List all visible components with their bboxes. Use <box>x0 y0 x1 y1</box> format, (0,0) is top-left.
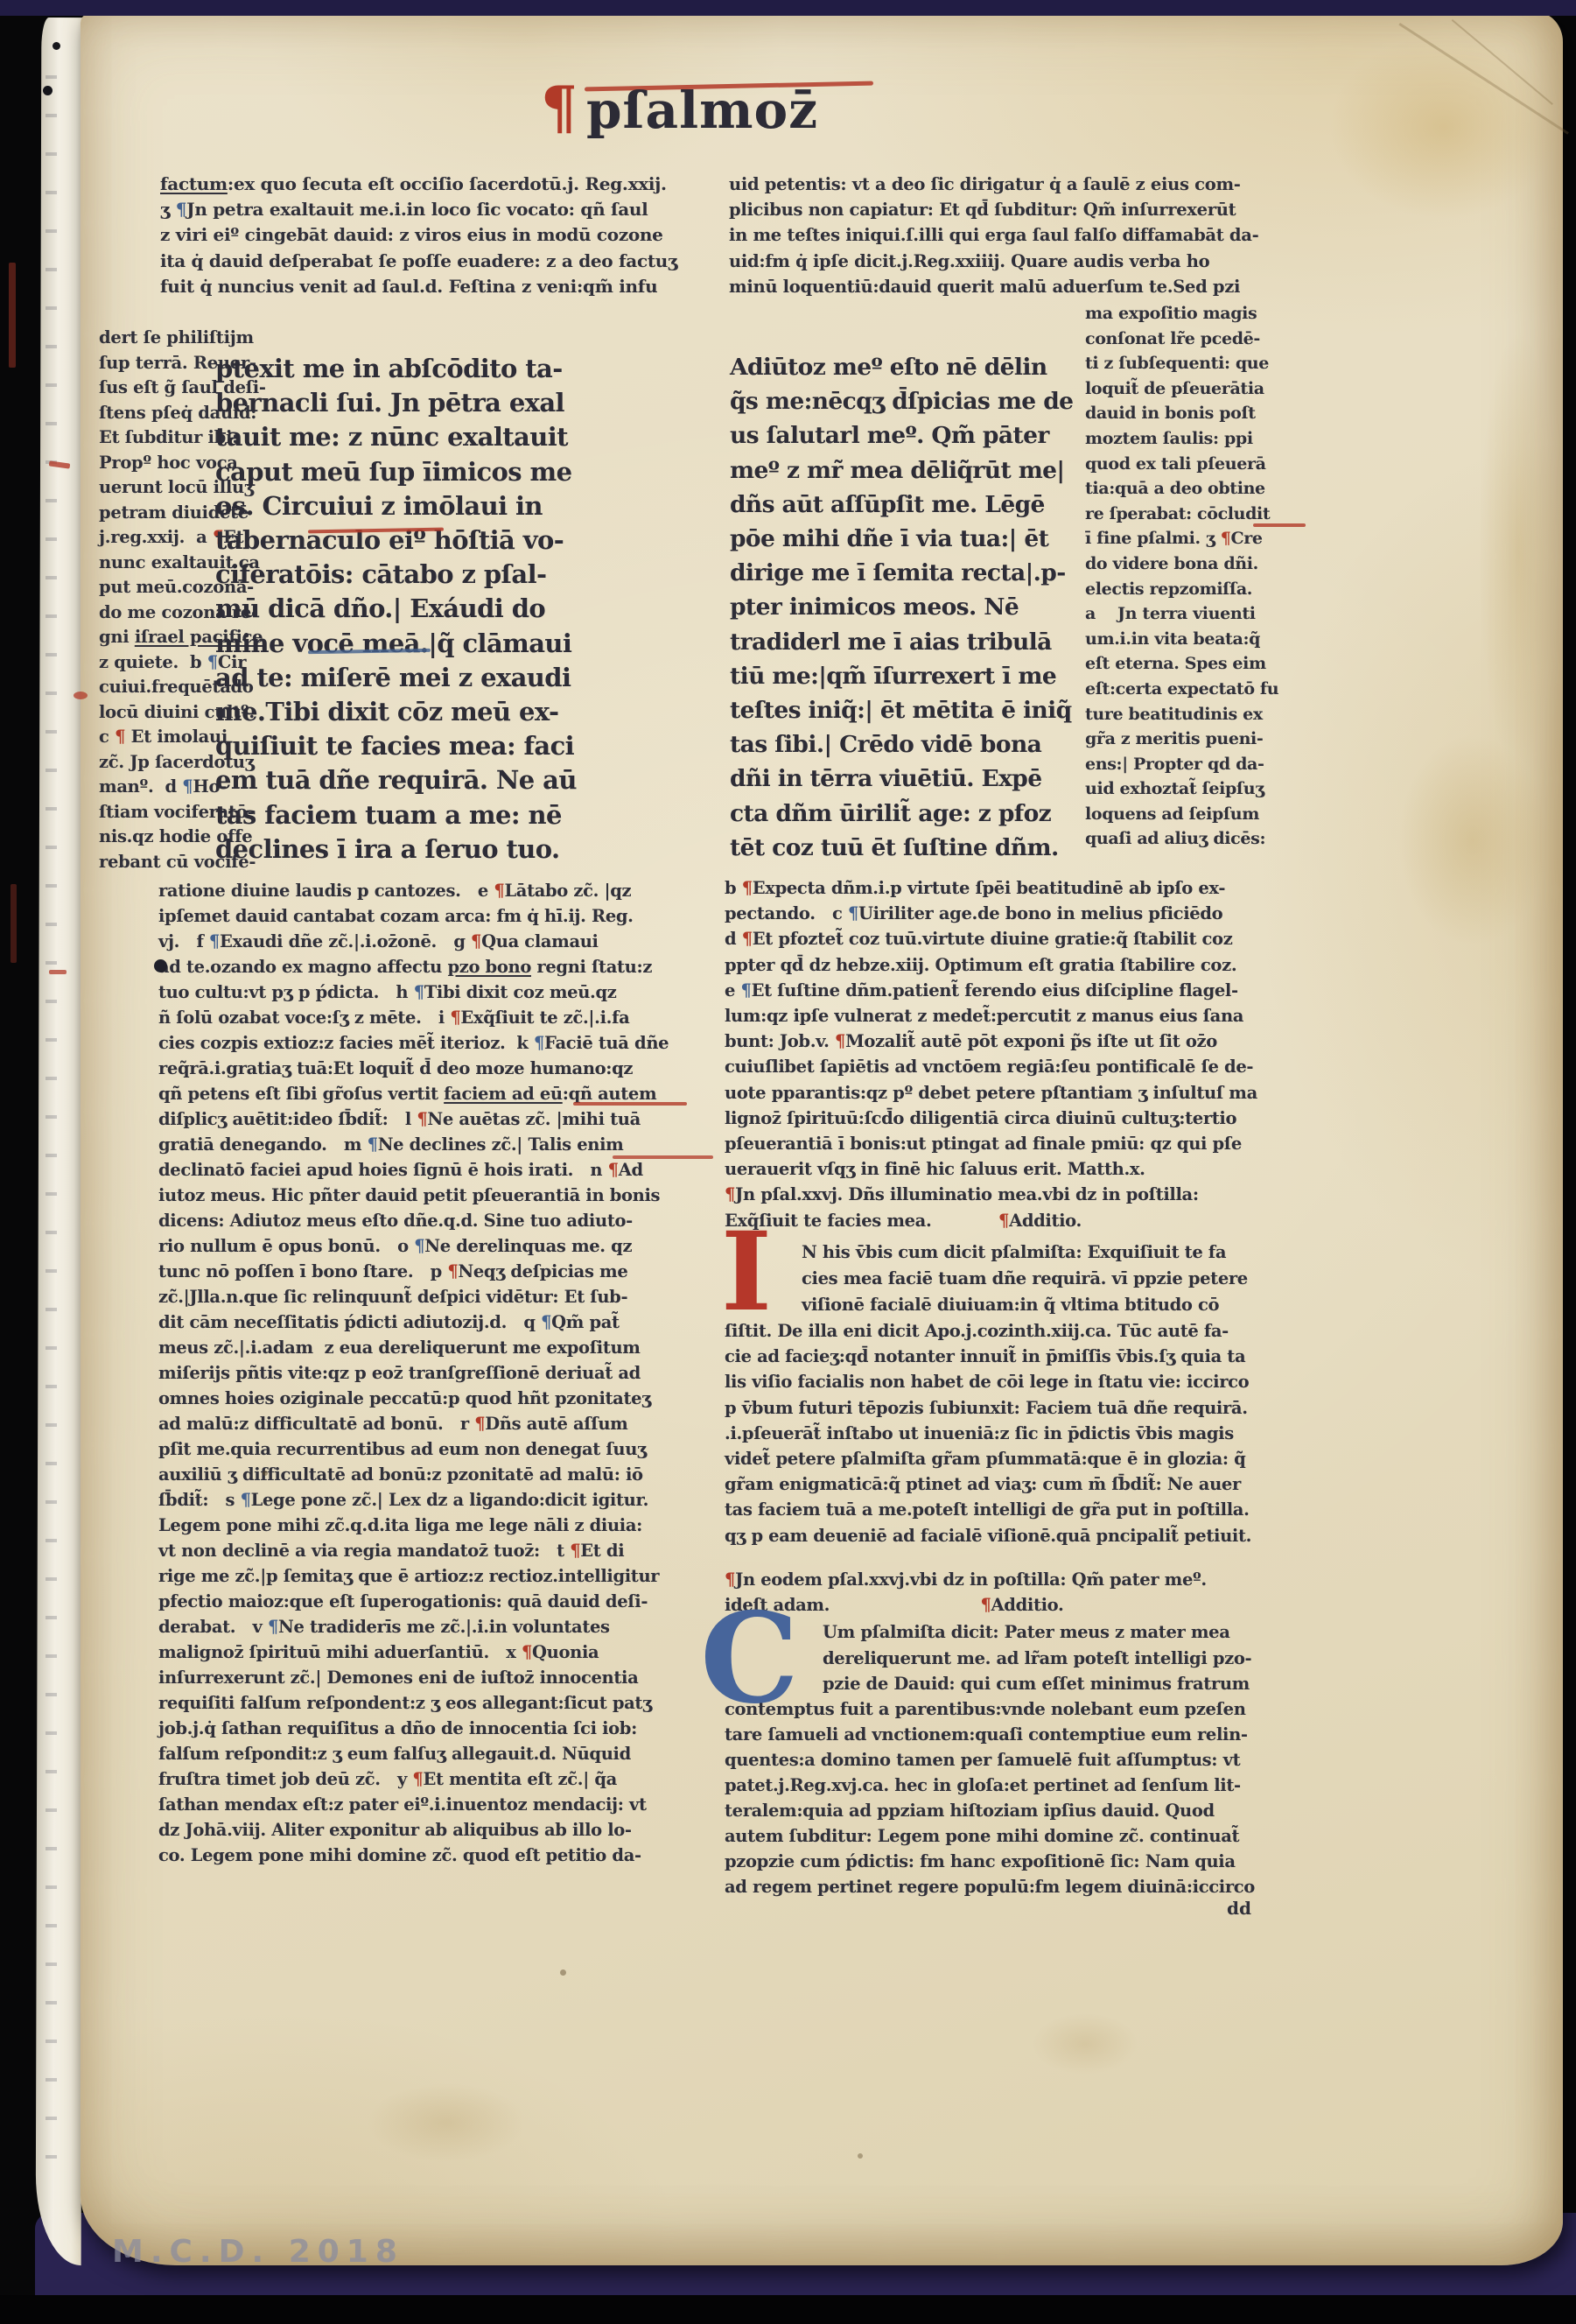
paraph-mark-blue: ¶ <box>241 1490 251 1510</box>
right-column-gloss-top: uid petentis: vt a deo ſic dirigatur q̇ … <box>729 172 1313 299</box>
text-line: lignoz̄ ſpirituū:ſcd̄o diligentiā circa … <box>725 1106 1309 1131</box>
postilla-reference-lines: ¶Jn eodem pſal.xxvj.vbi dz in poſtilla: … <box>725 1567 1309 1618</box>
text-line: zc̃.|Jlla.n.que ſic relinquunt̃ deſpici … <box>158 1284 725 1309</box>
text-line: d ¶Et pfoztet̃ coz tuū.virtute diuine gr… <box>725 926 1309 951</box>
ink-blot <box>154 959 167 972</box>
additio-2-text: contemptus fuit a parentibus:vnde noleba… <box>725 1696 1309 1899</box>
text-line: vt non declinē a via regia mandatoz̄ tuo… <box>158 1538 725 1563</box>
text-line: eſt eterna. Spes eim <box>1085 651 1309 677</box>
text-line: ad malū:z difficultatē ad bonū. r ¶Dñs a… <box>158 1411 725 1436</box>
text-line: declines ī ira a ſeruo tuo. <box>215 832 646 867</box>
text-line: declinatō faciei apud hoies ſignū ē hois… <box>158 1157 725 1183</box>
text-line: ita q̇ dauid deſperabat ſe poſſe euadere… <box>160 249 713 274</box>
quire-signature: dd <box>1227 1898 1251 1919</box>
speck <box>263 1471 268 1476</box>
text-line: Adiūtoz meº eſto nē dēlin <box>730 350 1089 384</box>
text-line: ſathan mendax eſt:z pater eiº.i.inuentoz… <box>158 1792 725 1817</box>
text-line: dñi in tērra viuētiū. Expē <box>730 762 1089 796</box>
paraph-mark-red: ¶ <box>998 1211 1009 1231</box>
text-line: ad te: miſerē mei z exaudi <box>215 661 646 695</box>
page-title: pſalmoz̄ <box>586 77 818 144</box>
text-line: meus zc̃.|.i.adam z eua dereliquerunt me… <box>158 1335 725 1360</box>
text-line: cies cozpis extioz:z facies mēt̃ iterioz… <box>158 1030 725 1056</box>
text-line: uerauerit vſqʒ in finē hic ſaluus erit. … <box>725 1156 1309 1182</box>
text-line: ture beatitudinis ex <box>1085 702 1309 727</box>
paraph-mark-red: ¶ <box>541 77 578 138</box>
photo-bottom-edge <box>0 2295 1576 2324</box>
text-line: ſiſtit. De illa eni dicit Apo.j.cozinth.… <box>725 1318 1309 1344</box>
text-line: pter inimicos meos. Nē <box>730 590 1089 624</box>
text-line: uid exhoztat̃ ſeipſuʒ <box>1085 776 1309 802</box>
paraph-mark-blue: ¶ <box>176 199 186 220</box>
left-column-gloss-top: factum:ex quo ſecuta eſt occiſio ſacerdo… <box>160 172 713 299</box>
paraph-mark-red: ¶ <box>115 727 125 747</box>
text-line: ſb̄dit̃: s ¶Lege pone zc̃.| Lex dz a lig… <box>158 1487 725 1513</box>
text-line: tēt coz tuū ēt ſuſtine dñm. <box>730 831 1089 865</box>
text-line: rio nullum ē opus bonū. o ¶Ne derelinqua… <box>158 1233 725 1259</box>
text-line: pzie de Dauid: qui cum eſſet minimus fra… <box>823 1671 1309 1697</box>
text-line: cie ad facieʒ:qd̄ notanter innuit̃ in p̄… <box>725 1344 1309 1369</box>
text-line: cuiuſlibet ſapiētis ad vnctōem regiā:ſeu… <box>725 1054 1309 1079</box>
text-line: inſurrexerunt zc̃.| Demones eni de iuſto… <box>158 1665 725 1690</box>
paraph-mark-blue: ¶ <box>182 776 193 797</box>
right-psalm-text-large: Adiūtoz meº eſto nē dēlinq̃s me:nēcqʒ d̄… <box>730 350 1089 865</box>
text-line: Um pſalmiſta dicit: Pater meus z mater m… <box>823 1619 1309 1646</box>
text-line: cta dñm ūirilit̃ age: z pfoz <box>730 797 1089 831</box>
text-line: conſonat lr̃e pcedē- <box>1085 326 1309 352</box>
text-line: ratione diuine laudis p cantozes. e ¶Lāt… <box>158 878 725 903</box>
paraph-mark-red: ¶ <box>450 1008 460 1028</box>
text-line: a Jn terra viuenti <box>1085 601 1309 627</box>
paraph-mark-blue: ¶ <box>848 903 858 923</box>
text-line: ptexit me in abſcōdito ta- <box>215 352 646 386</box>
paraph-mark-red: ¶ <box>522 1642 532 1662</box>
paraph-mark-blue: ¶ <box>209 931 220 951</box>
text-line: ¶Jn pſal.xxvj. Dñs illuminatio mea.vbi d… <box>725 1182 1309 1207</box>
text-line: lum:qz ipſe vulnerat z medet̃:percutit z… <box>725 1003 1309 1029</box>
text-line: meº z mr̃ mea dēliq̃rūt me| <box>730 453 1089 488</box>
paraph-mark-blue: ¶ <box>368 1134 378 1155</box>
rubric-flourish <box>613 1155 713 1159</box>
text-line: dereliquerunt me. ad lr̃am poteſt intell… <box>823 1646 1309 1672</box>
text-line: autem ſubditur: Legem pone mihi domine z… <box>725 1823 1309 1849</box>
text-line: iutoz meus. Hic pñter dauid petit pſeuer… <box>158 1183 725 1208</box>
paraph-mark-blue: ¶ <box>268 1617 278 1637</box>
paraph-mark-blue: ¶ <box>541 1312 551 1332</box>
paraph-mark-red: ¶ <box>742 929 753 949</box>
decorated-initial-I: I <box>721 1227 772 1318</box>
text-line: em tuā dñe requirā. Ne aū <box>215 763 646 797</box>
text-line: in me teſtes iniqui.ſ.illi qui erga ſaul… <box>729 222 1313 248</box>
text-line: p v̄bum futuri tēpozis ſubiunxit: Faciem… <box>725 1395 1309 1421</box>
text-line: ī fine pſalmi. ʒ ¶Cre <box>1085 526 1309 551</box>
speck <box>560 1969 566 1976</box>
text-line: job.j.q̇ ſathan requiſitus a dño de inno… <box>158 1716 725 1741</box>
text-line: malignoz̄ ſpirituū mihi aduerſantiū. x ¶… <box>158 1639 725 1665</box>
rubric-flourish <box>1253 523 1306 527</box>
text-line: ciferatōis: cātabo z pſal- <box>215 558 646 592</box>
text-line: rige me zc̃.|p ſemitaʒ que ē artioz:z re… <box>158 1563 725 1589</box>
paraph-mark-red: ¶ <box>725 1184 735 1204</box>
text-line: tiū me:|qm̃ īſurrexert ī me <box>730 659 1089 693</box>
text-line: dert ſe philiſtijm <box>99 326 361 351</box>
text-line: quentes:a domino tamen per ſamuelē fuit … <box>725 1747 1309 1773</box>
paraph-mark-red: ¶ <box>1221 529 1231 548</box>
text-line: um.i.in vita beata:q̃ <box>1085 627 1309 652</box>
text-line: uid:fm q̇ ipſe dicit.j.Reg.xxiiij. Quare… <box>729 249 1313 274</box>
text-line: ideſt adam. ¶Additio. <box>725 1592 1309 1618</box>
red-margin-mark <box>9 263 16 368</box>
red-margin-mark <box>49 970 67 974</box>
text-line: bunt: Job.v. ¶Mozalit̃ autē pōt exponi p… <box>725 1029 1309 1054</box>
photo-watermark: M.C.D. 2018 <box>112 2234 404 2270</box>
text-line: ʒ ¶Jn petra exaltauit me.i.in loco ſic v… <box>160 197 713 222</box>
text-line: teralem:quia ad ppziam hiſtoziam ipſius … <box>725 1798 1309 1823</box>
text-line: tas ſibi.| Crēdo vidē bona <box>730 727 1089 762</box>
left-psalm-text-large: ptexit me in abſcōdito ta-bernacli ſui. … <box>215 352 646 867</box>
text-line: videt̃ petere pſalmiſta gr̃am pſummatā:q… <box>725 1446 1309 1471</box>
text-line: me.Tibi dixit cōz meū ex- <box>215 695 646 729</box>
text-line: tunc nō poſſen ī bono ſtare. p ¶Neqʒ deſ… <box>158 1259 725 1284</box>
right-column-commentary: b ¶Expecta dñm.i.p virtute ſpēi beatitud… <box>725 875 1309 1233</box>
text-line: uid petentis: vt a deo ſic dirigatur q̇ … <box>729 172 1313 197</box>
text-line: dñs aūt aſſūpſit me. Lēgē <box>730 488 1089 522</box>
paraph-mark-blue: ¶ <box>414 1236 424 1256</box>
photo-top-band <box>0 0 1576 16</box>
text-line: tauit me: z nūnc exaltauit <box>215 420 646 454</box>
text-line: ipſemet dauid cantabat cozam arca: fm q̇… <box>158 903 725 929</box>
text-line: tia:quā a deo obtine <box>1085 476 1309 502</box>
paraph-mark-red: ¶ <box>417 1109 427 1129</box>
additio-2-indented-lines: Um pſalmiſta dicit: Pater meus z mater m… <box>823 1619 1309 1697</box>
wormhole <box>53 42 60 50</box>
decorated-initial-C: C <box>700 1607 799 1710</box>
text-line: cies mea faciē tuam dñe requirā. vī ppzi… <box>802 1266 1309 1292</box>
text-line: req̃rā.i.gratiaʒ tuā:Et loquit̃ d̄ deo m… <box>158 1056 725 1081</box>
text-line: patet.j.Reg.xvj.ca. hec in gloſa:et pert… <box>725 1773 1309 1798</box>
paraph-mark-red: ¶ <box>471 931 481 951</box>
paraph-mark-red: ¶ <box>447 1261 458 1281</box>
text-line: loquens ad ſeipſum <box>1085 802 1309 827</box>
text-line: ens:| Propter qd da- <box>1085 752 1309 777</box>
text-line: eſt:certa expectatō fu <box>1085 677 1309 702</box>
wormhole <box>43 86 53 95</box>
paraph-mark-red: ¶ <box>474 1414 485 1434</box>
text-line: pſeuerantiā ī bonis:ut ptingat ad finale… <box>725 1131 1309 1156</box>
text-line: qʒ p eam deueniē ad facialē viſionē.quā … <box>725 1523 1309 1548</box>
text-line: gr̃am enigmaticā:q̃ ptinet ad viaʒ: cum … <box>725 1471 1309 1497</box>
text-line: dit cām neceſſitatis ṕdicti adiutozij.d.… <box>158 1309 725 1335</box>
text-line: pōe mihi dñe ī via tua:| ēt <box>730 522 1089 556</box>
text-line: uote pparantis:qz pº debet petere pſtant… <box>725 1080 1309 1106</box>
text-line: pzopzie cum ṕdictis: fm hanc expoſitionē… <box>725 1849 1309 1874</box>
text-line: q̃s me:nēcqʒ d̄ſpicias me de <box>730 384 1089 418</box>
text-line: diſplicʒ auētit:ideo ſb̄dit̃: l ¶Ne auēt… <box>158 1106 725 1132</box>
additio-1-text: ſiſtit. De illa eni dicit Apo.j.cozinth.… <box>725 1318 1309 1548</box>
text-line: dauid in bonis poſt <box>1085 401 1309 426</box>
text-line: ppter qd̄ dz hebze.xiij. Optimum eſt gra… <box>725 952 1309 978</box>
red-margin-mark <box>74 692 88 699</box>
text-line: factum:ex quo ſecuta eſt occiſio ſacerdo… <box>160 172 713 197</box>
text-line: derabat. v ¶Ne tradiderīs me zc̃.|.i.in … <box>158 1614 725 1639</box>
text-line: tare ſamueli ad vnctionem:quaſi contempt… <box>725 1722 1309 1747</box>
book-fore-edge <box>36 18 88 2265</box>
text-line: pectando. c ¶Uiriliter age.de bono in me… <box>725 901 1309 926</box>
text-line: mine vocē meā.|q̃ clāmaui <box>215 627 646 661</box>
text-line: tas faciem tuam a me: nē <box>215 798 646 832</box>
text-line: os. Circuiui z imōlaui in <box>215 489 646 523</box>
paraph-mark-red: ¶ <box>412 1769 423 1789</box>
paraph-mark-blue: ¶ <box>741 980 752 1001</box>
text-line: electis repzomiſſa. <box>1085 577 1309 602</box>
text-line: Exq̃ſiuit te facies mea. ¶Additio. <box>725 1208 1309 1233</box>
text-line: bernacli ſui. Jn pētra exal <box>215 386 646 420</box>
text-line: tas faciem tuā a me.poteſt intelligi de … <box>725 1497 1309 1522</box>
text-line: auxiliū ʒ difficultatē ad bonū:z pzonita… <box>158 1462 725 1487</box>
text-line: fuit q̇ nuncius venit ad ſaul.d. Feſtina… <box>160 274 713 299</box>
speck <box>858 2153 863 2159</box>
text-line: falſum reſpondit:z ʒ eum falſuʒ allegaui… <box>158 1741 725 1766</box>
text-line: gr̃a z meritis pueni- <box>1085 727 1309 752</box>
fore-edge-print-bleed <box>46 53 57 2188</box>
text-line: ¶Jn eodem pſal.xxvj.vbi dz in poſtilla: … <box>725 1567 1309 1592</box>
text-line: dirige me ī ſemita recta|.p- <box>730 556 1089 590</box>
text-line: moztem ſaulis: ppi <box>1085 426 1309 452</box>
paraph-mark-blue: ¶ <box>414 982 424 1002</box>
text-line: z viri eiº cingebāt dauid: z viros eius … <box>160 222 713 248</box>
additio-1-indented-lines: N his v̄bis cum dicit pſalmiſta: Exquiſi… <box>802 1239 1309 1318</box>
left-column-commentary: ratione diuine laudis p cantozes. e ¶Lāt… <box>158 878 725 1868</box>
text-line: dicens: Adiutoz meus eſto dñe.q.d. Sine … <box>158 1208 725 1233</box>
text-line: ma expoſitio magis <box>1085 301 1309 326</box>
paraph-mark-blue: ¶ <box>534 1033 544 1053</box>
text-line: ñ ſolū ozabat voce:ſʒ z mēte. i ¶Exq̃ſiu… <box>158 1005 725 1030</box>
text-line: miſerijs pñtis vite:qz p eoz̄ tranſgreſſ… <box>158 1360 725 1386</box>
paraph-mark-red: ¶ <box>980 1595 991 1615</box>
text-line: co. Legem pone mihi domine zc̃. quod eſt… <box>158 1843 725 1868</box>
running-title: ¶ pſalmoz̄ <box>541 77 818 144</box>
text-line: e ¶Et ſuſtine dñm.patient̃ ferendo eius … <box>725 978 1309 1003</box>
text-line: viſionē facialē diuiuam:in q̃ vltima bti… <box>802 1292 1309 1318</box>
text-line: caput meū ſup īimicos me <box>215 455 646 489</box>
text-line: vj. f ¶Exaudi dñe zc̃.|.i.oz̄onē. g ¶Qua… <box>158 929 725 954</box>
text-line: minū loquentiū:dauid querit malū aduerſu… <box>729 274 1313 299</box>
text-line: pfectio maioz:que eſt ſuperogationis: qu… <box>158 1589 725 1614</box>
text-line: tradiderl me ī aias tribulā <box>730 625 1089 659</box>
paraph-mark-red: ¶ <box>608 1160 619 1180</box>
text-line: omnes hoies oziginale peccatū:p quod hñt… <box>158 1386 725 1411</box>
text-line: contemptus fuit a parentibus:vnde noleba… <box>725 1696 1309 1722</box>
text-line: us ſalutarl meº. Qm̃ pāter <box>730 418 1089 453</box>
text-line: requiſiti falſum reſpondent:z ʒ eos alle… <box>158 1690 725 1716</box>
text-line: tuo cultu:vt pʒ p ṕdicta. h ¶Tibi dixit … <box>158 979 725 1005</box>
text-line: .i.pſeuerāt̃ inſtabo ut inueniā:z ſic in… <box>725 1421 1309 1446</box>
paraph-mark-red: ¶ <box>742 878 753 898</box>
right-margin-gloss: ma expoſitio magisconſonat lr̃e pcedē-ti… <box>1085 301 1309 852</box>
text-line: dz Johā.viij. Aliter exponitur ab aliqui… <box>158 1817 725 1843</box>
text-line: b ¶Expecta dñm.i.p virtute ſpēi beatitud… <box>725 875 1309 901</box>
text-line: loquit̃ de pſeuerātia <box>1085 376 1309 402</box>
text-line: lis viſio facialis non habet de cōi lege… <box>725 1369 1309 1394</box>
text-line: ad te.ozando ex magno affectu pzo bono r… <box>158 954 725 979</box>
text-line: quod ex tali pſeuerā <box>1085 452 1309 477</box>
text-line: mū dicā dño.| Exáudi do <box>215 592 646 626</box>
text-line: fruſtra timet job deū zc̃. y ¶Et mentita… <box>158 1766 725 1792</box>
text-line: gratiā denegando. m ¶Ne declines zc̃.| T… <box>158 1132 725 1157</box>
text-line: pſit me.quia recurrentibus ad eum non de… <box>158 1436 725 1462</box>
paraph-mark-red: ¶ <box>570 1541 580 1561</box>
text-line: quaſi ad aliuʒ dicēs: <box>1085 826 1309 852</box>
text-line: ti z ſubſequenti: que <box>1085 351 1309 376</box>
text-line: Legem pone mihi zc̃.q.d.ita liga me lege… <box>158 1513 725 1538</box>
red-margin-mark <box>11 884 17 963</box>
text-line: N his v̄bis cum dicit pſalmiſta: Exquiſi… <box>802 1239 1309 1266</box>
rubric-flourish <box>573 1102 687 1106</box>
text-line: quiſiuit te facies mea: faci <box>215 729 646 763</box>
paraph-mark-red: ¶ <box>494 881 504 901</box>
text-line: teſtes iniq̃:| ēt mētita ē iniq̃ <box>730 693 1089 727</box>
text-line: ad regem pertinet regere populū:fm legem… <box>725 1874 1309 1899</box>
text-line: plicibus non capiatur: Et qd̄ ſubditur: … <box>729 197 1313 222</box>
text-line: do videre bona dñi. <box>1085 551 1309 577</box>
paraph-mark-red: ¶ <box>835 1031 845 1051</box>
